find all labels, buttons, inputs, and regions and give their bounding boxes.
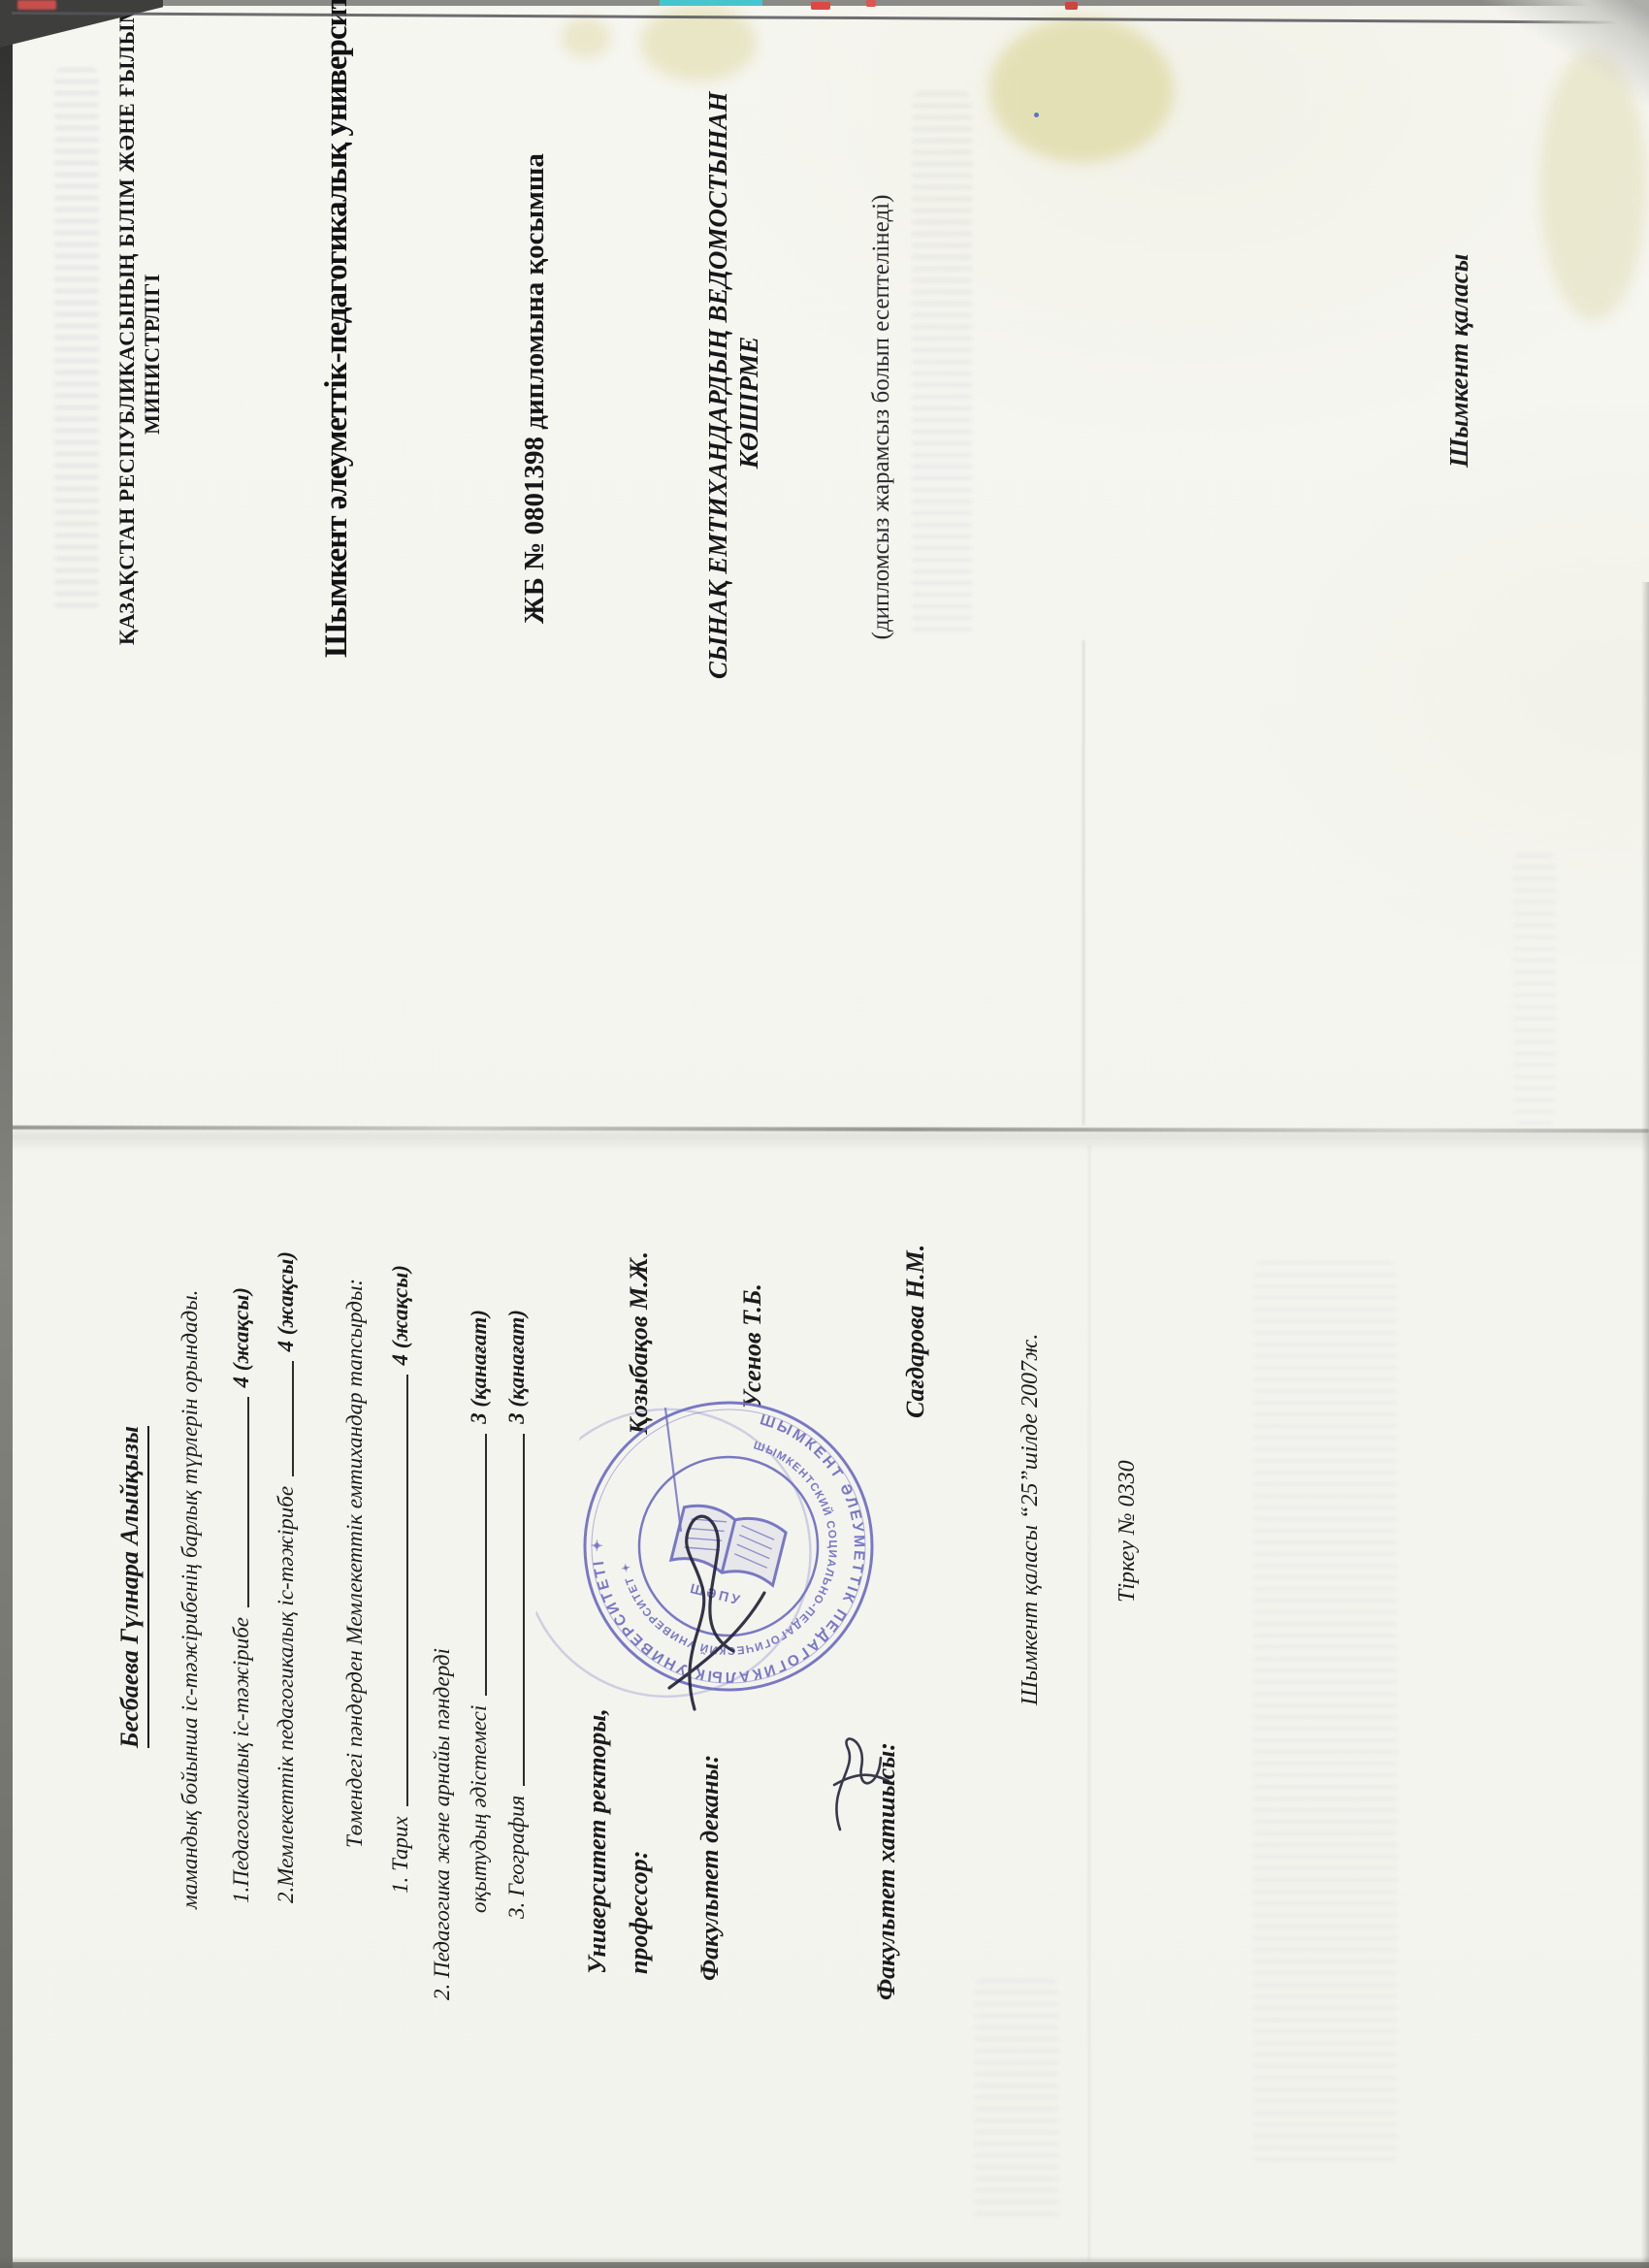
ghost-bleedthrough [54, 68, 99, 611]
rule-line [247, 1398, 249, 1607]
rector-role-2: профессор: [625, 1851, 654, 1974]
shadow-corner-bottomright [1203, 2181, 1649, 2268]
blue-speck [1034, 113, 1039, 117]
scanned-document: ҚАЗАҚСТАН РЕСПУБЛИКАСЫНЫҢ БІЛІМ ЖӘНЕ ҒЫЛ… [0, 0, 1649, 2268]
paper-edge-right-shadow [1641, 582, 1649, 2268]
stamp-book-icon [671, 1501, 788, 1585]
rule-line [523, 1434, 525, 1786]
scanner-edge-left [0, 0, 13, 2268]
university-title: Шымкент әлеуметтік-педагогикалық универс… [318, 37, 357, 658]
ghost-bleedthrough [974, 1979, 1059, 2221]
practice-label: 2.Мемлекеттік педагогикалық іс-тәжірибе [274, 1486, 299, 1903]
vertical-crease [1083, 640, 1084, 1125]
stain [561, 17, 611, 58]
ministry-title: ҚАЗАҚСТАН РЕСПУБЛИКАСЫНЫҢ БІЛІМ ЖӘНЕ ҒЫЛ… [114, 63, 166, 645]
fold-crease-shadow [0, 1132, 1649, 1151]
issue-date-line: Шымкент қаласы “25”шілде 2007ж. [1017, 1274, 1045, 1705]
practice-item: 1.Педагогикалық іс-тәжірибе 4 (жақсы) [229, 1287, 254, 1903]
red-edge-mark [866, 0, 876, 7]
grade-value: 3 (қанағат) [504, 1310, 530, 1424]
ghost-bleedthrough [912, 92, 972, 635]
document-title: СЫНАҚ ЕМТИХАНДАРДЫҢ ВЕДОМОСТЫНАН КӨШІРМЕ [702, 126, 765, 679]
city-name: Шымкент қаласы [1443, 269, 1474, 468]
exam-label: 3. География [504, 1796, 530, 1919]
ghost-bleedthrough [1513, 854, 1556, 1125]
exam-item-continuation: оқытудың әдістемесі 3 (қанағат) [467, 1310, 492, 1938]
diploma-number-line: ЖБ № 0801398 дипломына қосымша [518, 148, 552, 629]
red-edge-mark [1065, 2, 1078, 10]
practice-item: 2.Мемлекеттік педагогикалық іс-тәжірибе … [274, 1251, 299, 1903]
red-edge-mark [17, 0, 56, 10]
folded-corner-topright [1484, 0, 1649, 107]
grade-value: 4 (жақсы) [388, 1265, 413, 1366]
grade-value: 4 (жақсы) [274, 1251, 299, 1352]
rule-line [292, 1362, 294, 1476]
practice-label: 1.Педагогикалық іс-тәжірибе [229, 1617, 254, 1903]
secretary-name: Сағдарова Н.М. [900, 1219, 930, 1418]
teal-edge-mark [660, 0, 762, 6]
exam-item: 2. Педагогика және арнайы пәндерді [429, 1494, 456, 2000]
practice-intro: мамандық бойынша іс-тәжірибенің барлық т… [177, 1288, 204, 1909]
rule-line [406, 1376, 408, 1807]
stain [989, 17, 1174, 163]
exams-intro: Төмендегі пәндерден Мемлекеттік емтиханд… [341, 1266, 369, 1848]
exam-item: 3. География 3 (қанағат) [504, 1310, 530, 1919]
grade-value: 4 (жақсы) [229, 1287, 254, 1388]
student-name: Бесбаева Гүлнара Алыйқызы [114, 1442, 149, 1748]
vertical-crease [1088, 1145, 1090, 2260]
validity-note: (дипломсыз жарамсыз болып есептелінеді) [867, 165, 896, 669]
red-edge-mark [811, 2, 830, 10]
stamp-center-abbr: ШӘПУ [689, 1580, 744, 1608]
exam-label: оқытудың әдістемесі [467, 1705, 492, 1913]
registration-number: Тіркеу № 0330 [1114, 1365, 1142, 1603]
ghost-bleedthrough [1253, 1261, 1397, 2163]
exam-label: 1. Тарих [388, 1816, 413, 1894]
rule-line [485, 1434, 487, 1696]
grade-value: 3 (қанағат) [467, 1310, 492, 1424]
exam-item: 1. Тарих 4 (жақсы) [388, 1265, 413, 1894]
